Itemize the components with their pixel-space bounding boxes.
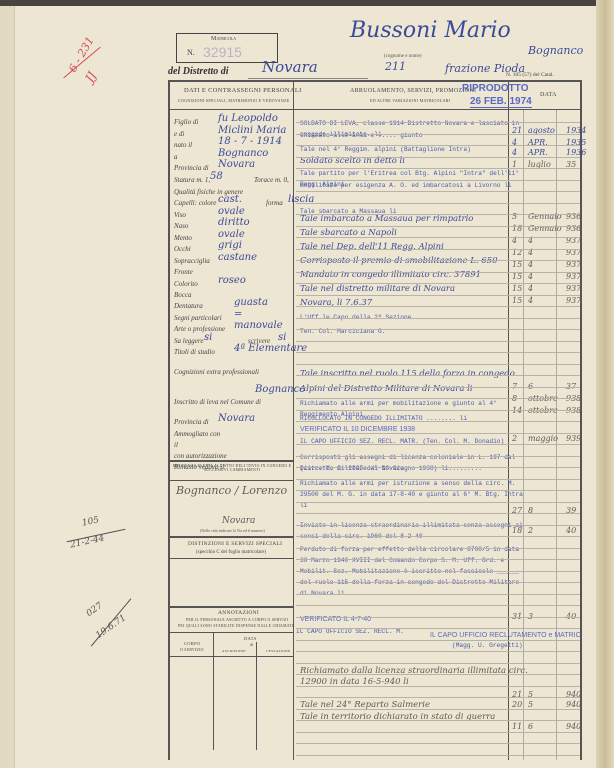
ruled-line — [296, 743, 580, 744]
matricola-label: Matricola — [211, 36, 236, 42]
ruled-line — [296, 456, 580, 457]
field-label: Figlio di — [174, 118, 198, 126]
field-label: Occhi — [174, 245, 191, 253]
field-label: Ammogliato con — [174, 430, 220, 438]
date-year: 937 — [566, 272, 581, 281]
date-month: 4 — [528, 272, 533, 281]
annotazioni-divider — [170, 606, 294, 608]
ruled-line — [296, 398, 580, 399]
field-label: Mento — [174, 234, 192, 242]
header-separator — [168, 109, 582, 110]
ruled-line — [296, 203, 580, 204]
date-year: 939 — [566, 434, 581, 443]
field-label: a — [174, 153, 178, 161]
middle-col-subtitle: ed altre variazioni matricolari — [370, 98, 450, 103]
ruled-line — [296, 260, 580, 261]
service-entry: RICOLLOCATO IN CONGEDO ILLIMITATO ......… — [300, 413, 467, 424]
annotazioni-sub1: per il personale ascritto a corpo o serv… — [186, 618, 288, 622]
field-value: diritto — [218, 217, 250, 228]
field-value: roseo — [218, 275, 246, 286]
ruled-line — [296, 605, 580, 606]
field-label: Arte o professione — [174, 325, 225, 333]
riprodotto-date-stamp: 26 FEB. 1974 — [470, 96, 532, 108]
ruled-line — [296, 168, 580, 169]
page-edge — [596, 0, 614, 768]
matricola-n-label: N. — [187, 48, 195, 57]
field-value: Novara — [218, 159, 255, 170]
matricola-number: 32915 — [203, 44, 242, 60]
ruled-line — [296, 375, 580, 376]
date-month: 2 — [528, 526, 533, 535]
service-entry: Tale imbarcato a Massaua per rimpatrio — [300, 214, 473, 225]
service-entry: IL CAPO UFFICIO SEZ. RECL. MATR. (Ten. C… — [300, 436, 504, 447]
field-label: forma — [266, 199, 283, 207]
ascrizione-label: ascrizione — [222, 649, 246, 653]
ruled-line — [296, 145, 580, 146]
field-label: Inscritto di leva nel Comune di — [174, 398, 261, 406]
residenza-caption: (Nelle città indicare la Via ed il numer… — [200, 528, 265, 533]
left-col-subtitle: Cognizioni speciali, matrimonio e vedova… — [178, 98, 290, 103]
field-value: Novara — [218, 413, 255, 424]
field-label: e di — [174, 130, 184, 138]
field-value: si — [204, 332, 212, 343]
service-entry: Novara, li 7.6.37 — [300, 298, 372, 309]
field-label: Statura m. 1, — [174, 176, 210, 184]
left-col-title: Dati e contrassegni personali — [184, 87, 302, 94]
ruled-line — [296, 513, 580, 514]
date-day: 2 — [512, 434, 517, 443]
birthplace-note: Bognanco — [528, 44, 583, 57]
ruled-line — [296, 697, 580, 698]
residenza-header-divider — [170, 480, 294, 481]
field-label: Sopracciglia — [174, 257, 210, 265]
field-label: Provincia di — [174, 418, 209, 426]
residenza-divider — [170, 460, 294, 462]
field-label: Dentatura — [174, 302, 203, 310]
date-day: 15 — [512, 272, 522, 281]
field-value: ovale — [218, 206, 245, 217]
service-entry: Chiamato alle armi e ..... giunto — [300, 130, 423, 141]
ruled-line — [296, 709, 580, 710]
corpo-label: Corpo — [184, 641, 201, 646]
distinzioni-title: Distinzioni e servizi speciali — [188, 541, 282, 547]
annotazioni-header-divider — [170, 632, 294, 633]
date-day: 14 — [512, 406, 522, 415]
date-month: ottobre — [528, 406, 558, 415]
field-value: cast. — [218, 194, 242, 205]
field-label: Fronte — [174, 268, 193, 276]
date-year: 938 — [566, 406, 581, 415]
date-year: 940 — [566, 722, 581, 731]
distretto-label: del Distretto di — [168, 66, 229, 77]
service-entry: Richiamato alle armi per istruzione a se… — [300, 478, 530, 511]
ruled-line — [296, 490, 580, 491]
name-caption: (cognome e nome) — [384, 54, 422, 59]
field-value: castane — [218, 252, 257, 263]
field-value: Bognanco — [218, 148, 268, 159]
ruled-line — [296, 559, 580, 560]
ruled-line — [296, 157, 580, 158]
ruled-line — [296, 226, 580, 227]
field-label: Naso — [174, 222, 188, 230]
distinzioni-divider — [170, 536, 294, 538]
date-month: 6 — [528, 722, 533, 731]
ruled-line — [296, 433, 580, 434]
soldier-name: Bussoni Mario — [350, 18, 511, 43]
data-col-title: Data — [540, 92, 557, 98]
field-label: Provincia di — [174, 164, 209, 172]
ruled-line — [296, 628, 580, 629]
di-label: di — [250, 642, 253, 647]
servizio-label: o servizio — [180, 648, 204, 652]
service-entry: Ten. Col. Marciciana G. — [300, 326, 385, 337]
ruled-line — [296, 272, 580, 273]
field-label: Capelli: colore — [174, 199, 216, 207]
annotazioni-sub2: pei quali sono stabilite dispense dalle … — [178, 624, 295, 628]
ruled-line — [296, 663, 580, 664]
ruled-line — [296, 686, 580, 687]
ruled-line — [296, 651, 580, 652]
ruled-line — [296, 674, 580, 675]
ruled-line — [296, 329, 580, 330]
distinzioni-subtitle: (specchio C del foglio matricolare) — [196, 550, 266, 555]
service-entry: Perduto di forza per effetto della circo… — [300, 544, 530, 599]
ruled-line — [296, 180, 580, 181]
cessazione-label: cessazione — [266, 649, 290, 653]
ruled-line — [296, 341, 580, 342]
service-entry: Tale nel distretto militare di Novara — [300, 284, 455, 295]
ruled-line — [296, 295, 580, 296]
date-day: 11 — [512, 722, 522, 731]
field-value: grigi — [218, 240, 242, 251]
service-entry: Tale in territorio dichiarato in stato d… — [300, 712, 495, 723]
ruled-line — [296, 122, 580, 123]
ruled-line — [296, 467, 580, 468]
date-month: 4 — [528, 260, 533, 269]
service-entry: Inviato in licenza straordinaria illimit… — [300, 520, 530, 542]
ruled-line — [296, 191, 580, 192]
ruled-line — [296, 720, 580, 721]
service-entry: (circ. M. G. 2085 del 10 Giugno 1938) li… — [300, 463, 482, 474]
ruled-line — [296, 237, 580, 238]
field-label: Sa leggere — [174, 337, 203, 345]
ruled-line — [296, 525, 580, 526]
riprodotto-stamp: RIPRODOTTO — [462, 83, 528, 94]
ruled-line — [296, 617, 580, 618]
ruled-line — [296, 594, 580, 595]
date-month: 4 — [528, 296, 533, 305]
page-binding — [0, 6, 15, 768]
ruled-line — [296, 214, 580, 215]
field-label: con autorizzazione — [174, 452, 227, 460]
field-value: 18 - 7 - 1914 — [218, 136, 282, 147]
ruled-line — [296, 283, 580, 284]
field-label: Titoli di studio — [174, 348, 215, 356]
ruled-line — [296, 410, 580, 411]
date-month: maggio — [528, 434, 558, 443]
service-entry: (Magg. U. Gregetti) — [452, 640, 523, 651]
distinzioni-header-divider — [170, 558, 294, 559]
ruled-line — [296, 444, 580, 445]
field-value: = — [234, 309, 242, 320]
field-label: Bocca — [174, 291, 192, 299]
col-divider-left — [293, 80, 294, 760]
field-value: fu Leopoldo — [218, 113, 278, 124]
field-value: ovale — [218, 229, 245, 240]
date-year: 40 — [566, 526, 576, 535]
ruled-line — [296, 479, 580, 480]
ruled-line — [296, 134, 580, 135]
field-label: il — [174, 441, 178, 449]
ascrizione-divider — [256, 642, 257, 750]
field-label: Viso — [174, 211, 186, 219]
service-entry: Soldato scelto in detto li — [300, 156, 405, 167]
table-left-border — [168, 80, 170, 760]
data-label-annot: Data — [244, 636, 257, 641]
ruled-line — [296, 306, 580, 307]
ruled-line — [296, 421, 580, 422]
residenza-title: Residenza eletta all'atto dell'invio in … — [172, 464, 292, 472]
ruled-line — [296, 548, 580, 549]
distretto-underline — [248, 78, 368, 79]
ruled-line — [296, 249, 580, 250]
field-label: Segni particolari — [174, 314, 222, 322]
ruled-line — [296, 755, 580, 756]
field-value: guasta — [234, 297, 268, 308]
date-day: 18 — [512, 526, 522, 535]
field-label: nato il — [174, 141, 192, 149]
ruled-line — [296, 571, 580, 572]
distretto-value: Novara — [262, 58, 318, 76]
service-entry: mobilitato per esigenza A. O. ed imbarca… — [300, 180, 512, 191]
field-value: 58 — [210, 171, 223, 182]
annotazioni-table-header — [170, 656, 294, 657]
residenza-value2: Novara — [222, 516, 255, 526]
date-day: 15 — [512, 260, 522, 269]
catalog-ref: N. 105 (57) del Catal. — [506, 72, 554, 78]
date-year: 937 — [566, 284, 581, 293]
ruled-line — [296, 318, 580, 319]
corpo-divider — [213, 632, 214, 750]
classe-value: 211 — [385, 60, 406, 73]
middle-col-title: Arruolamento, servizi, promozioni — [350, 88, 476, 94]
ruled-line — [296, 352, 580, 353]
ruled-line — [296, 536, 580, 537]
date-year: 937 — [566, 296, 581, 305]
residenza-value: Bognanco / Lorenzo — [176, 484, 287, 497]
date-month: 4 — [528, 284, 533, 293]
field-value: si — [278, 332, 286, 343]
ruled-line — [296, 582, 580, 583]
ruled-line — [296, 502, 580, 503]
field-value: manovale — [234, 320, 283, 331]
table-right-border — [580, 80, 582, 760]
annotazioni-title: Annotazioni — [218, 610, 259, 616]
ruled-line — [296, 732, 580, 733]
field-label: Colorito — [174, 280, 198, 288]
ruled-line — [296, 364, 580, 365]
date-day: 15 — [512, 284, 522, 293]
date-year: 937 — [566, 260, 581, 269]
field-label: Cognizioni extra professionali — [174, 368, 259, 376]
table-top-border — [168, 80, 582, 82]
service-entry: Corrisposto il premio di smobilitazione … — [300, 256, 498, 267]
ruled-line — [296, 387, 580, 388]
field-value: Miclini Maria — [218, 125, 286, 136]
ruled-line — [296, 640, 580, 641]
date-day: 15 — [512, 296, 522, 305]
service-entry: Tale nel Dep. dell'11 Regg. Alpini — [300, 242, 444, 253]
field-label: Torace m. 0, — [254, 176, 289, 184]
